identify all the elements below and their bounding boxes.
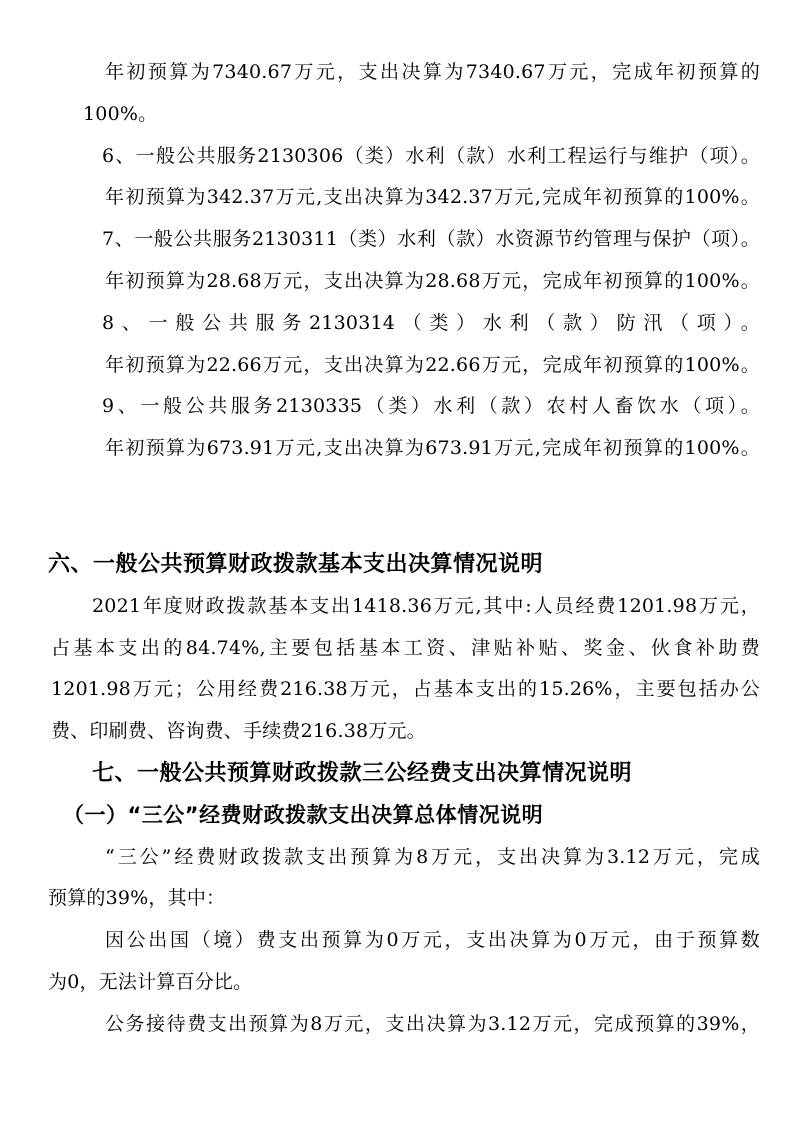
text-line: 8、一般公共服务2130314（类）水利（款）防汛（项）。 [102, 303, 760, 345]
text-line: 公务接待费支出预算为8万元，支出决算为3.12万元，完成预算的39%， [105, 1004, 760, 1046]
text-line: 年初预算为28.68万元，支出决算为28.68万元，完成年初预算的100%。 [105, 261, 760, 303]
text-line: 费、印刷费、咨询费、手续费216.38万元。 [51, 711, 760, 753]
text-line: 6、一般公共服务2130306（类）水利（款）水利工程运行与维护（项）。 [102, 136, 760, 178]
text-line: 2021年度财政拨款基本支出1418.36万元,其中:人员经费1201.98万元… [92, 586, 760, 628]
text-line: 年初预算为7340.67万元，支出决算为7340.67万元，完成年初预算的 [105, 52, 760, 94]
text-line: 为0，无法计算百分比。 [48, 962, 760, 1004]
text-line: 占基本支出的84.74%,主要包括基本工资、津贴补贴、奖金、伙食补助费 [51, 628, 760, 670]
sub-heading: （一）“三公”经费财政拨款支出决算总体情况说明 [63, 795, 760, 837]
text-line: 9、一般公共服务2130335（类）水利（款）农村人畜饮水（项）。 [102, 386, 760, 428]
section-heading: 六、一般公共预算财政拨款基本支出决算情况说明 [48, 544, 760, 586]
document-content: 年初预算为7340.67万元，支出决算为7340.67万元，完成年初预算的100… [48, 52, 760, 1046]
text-line: 年初预算为342.37万元,支出决算为342.37万元,完成年初预算的100%。 [105, 177, 760, 219]
text-line: 因公出国（境）费支出预算为0万元，支出决算为0万元，由于预算数 [105, 920, 760, 962]
text-line: 年初预算为22.66万元，支出决算为22.66万元，完成年初预算的100%。 [105, 345, 760, 387]
text-line: 1201.98万元；公用经费216.38万元，占基本支出的15.26%，主要包括… [51, 669, 760, 711]
text-line: “三公”经费财政拨款支出预算为8万元，支出决算为3.12万元，完成 [105, 837, 760, 879]
document-page: 年初预算为7340.67万元，支出决算为7340.67万元，完成年初预算的100… [0, 0, 793, 1122]
text-line: 7、一般公共服务2130311（类）水利（款）水资源节约管理与保护（项）。 [102, 219, 760, 261]
text-line: 年初预算为673.91万元,支出决算为673.91万元,完成年初预算的100%。 [105, 428, 760, 470]
text-line: 预算的39%，其中： [48, 878, 760, 920]
text-line: 100%。 [83, 94, 760, 136]
section-heading: 七、一般公共预算财政拨款三公经费支出决算情况说明 [92, 753, 760, 795]
